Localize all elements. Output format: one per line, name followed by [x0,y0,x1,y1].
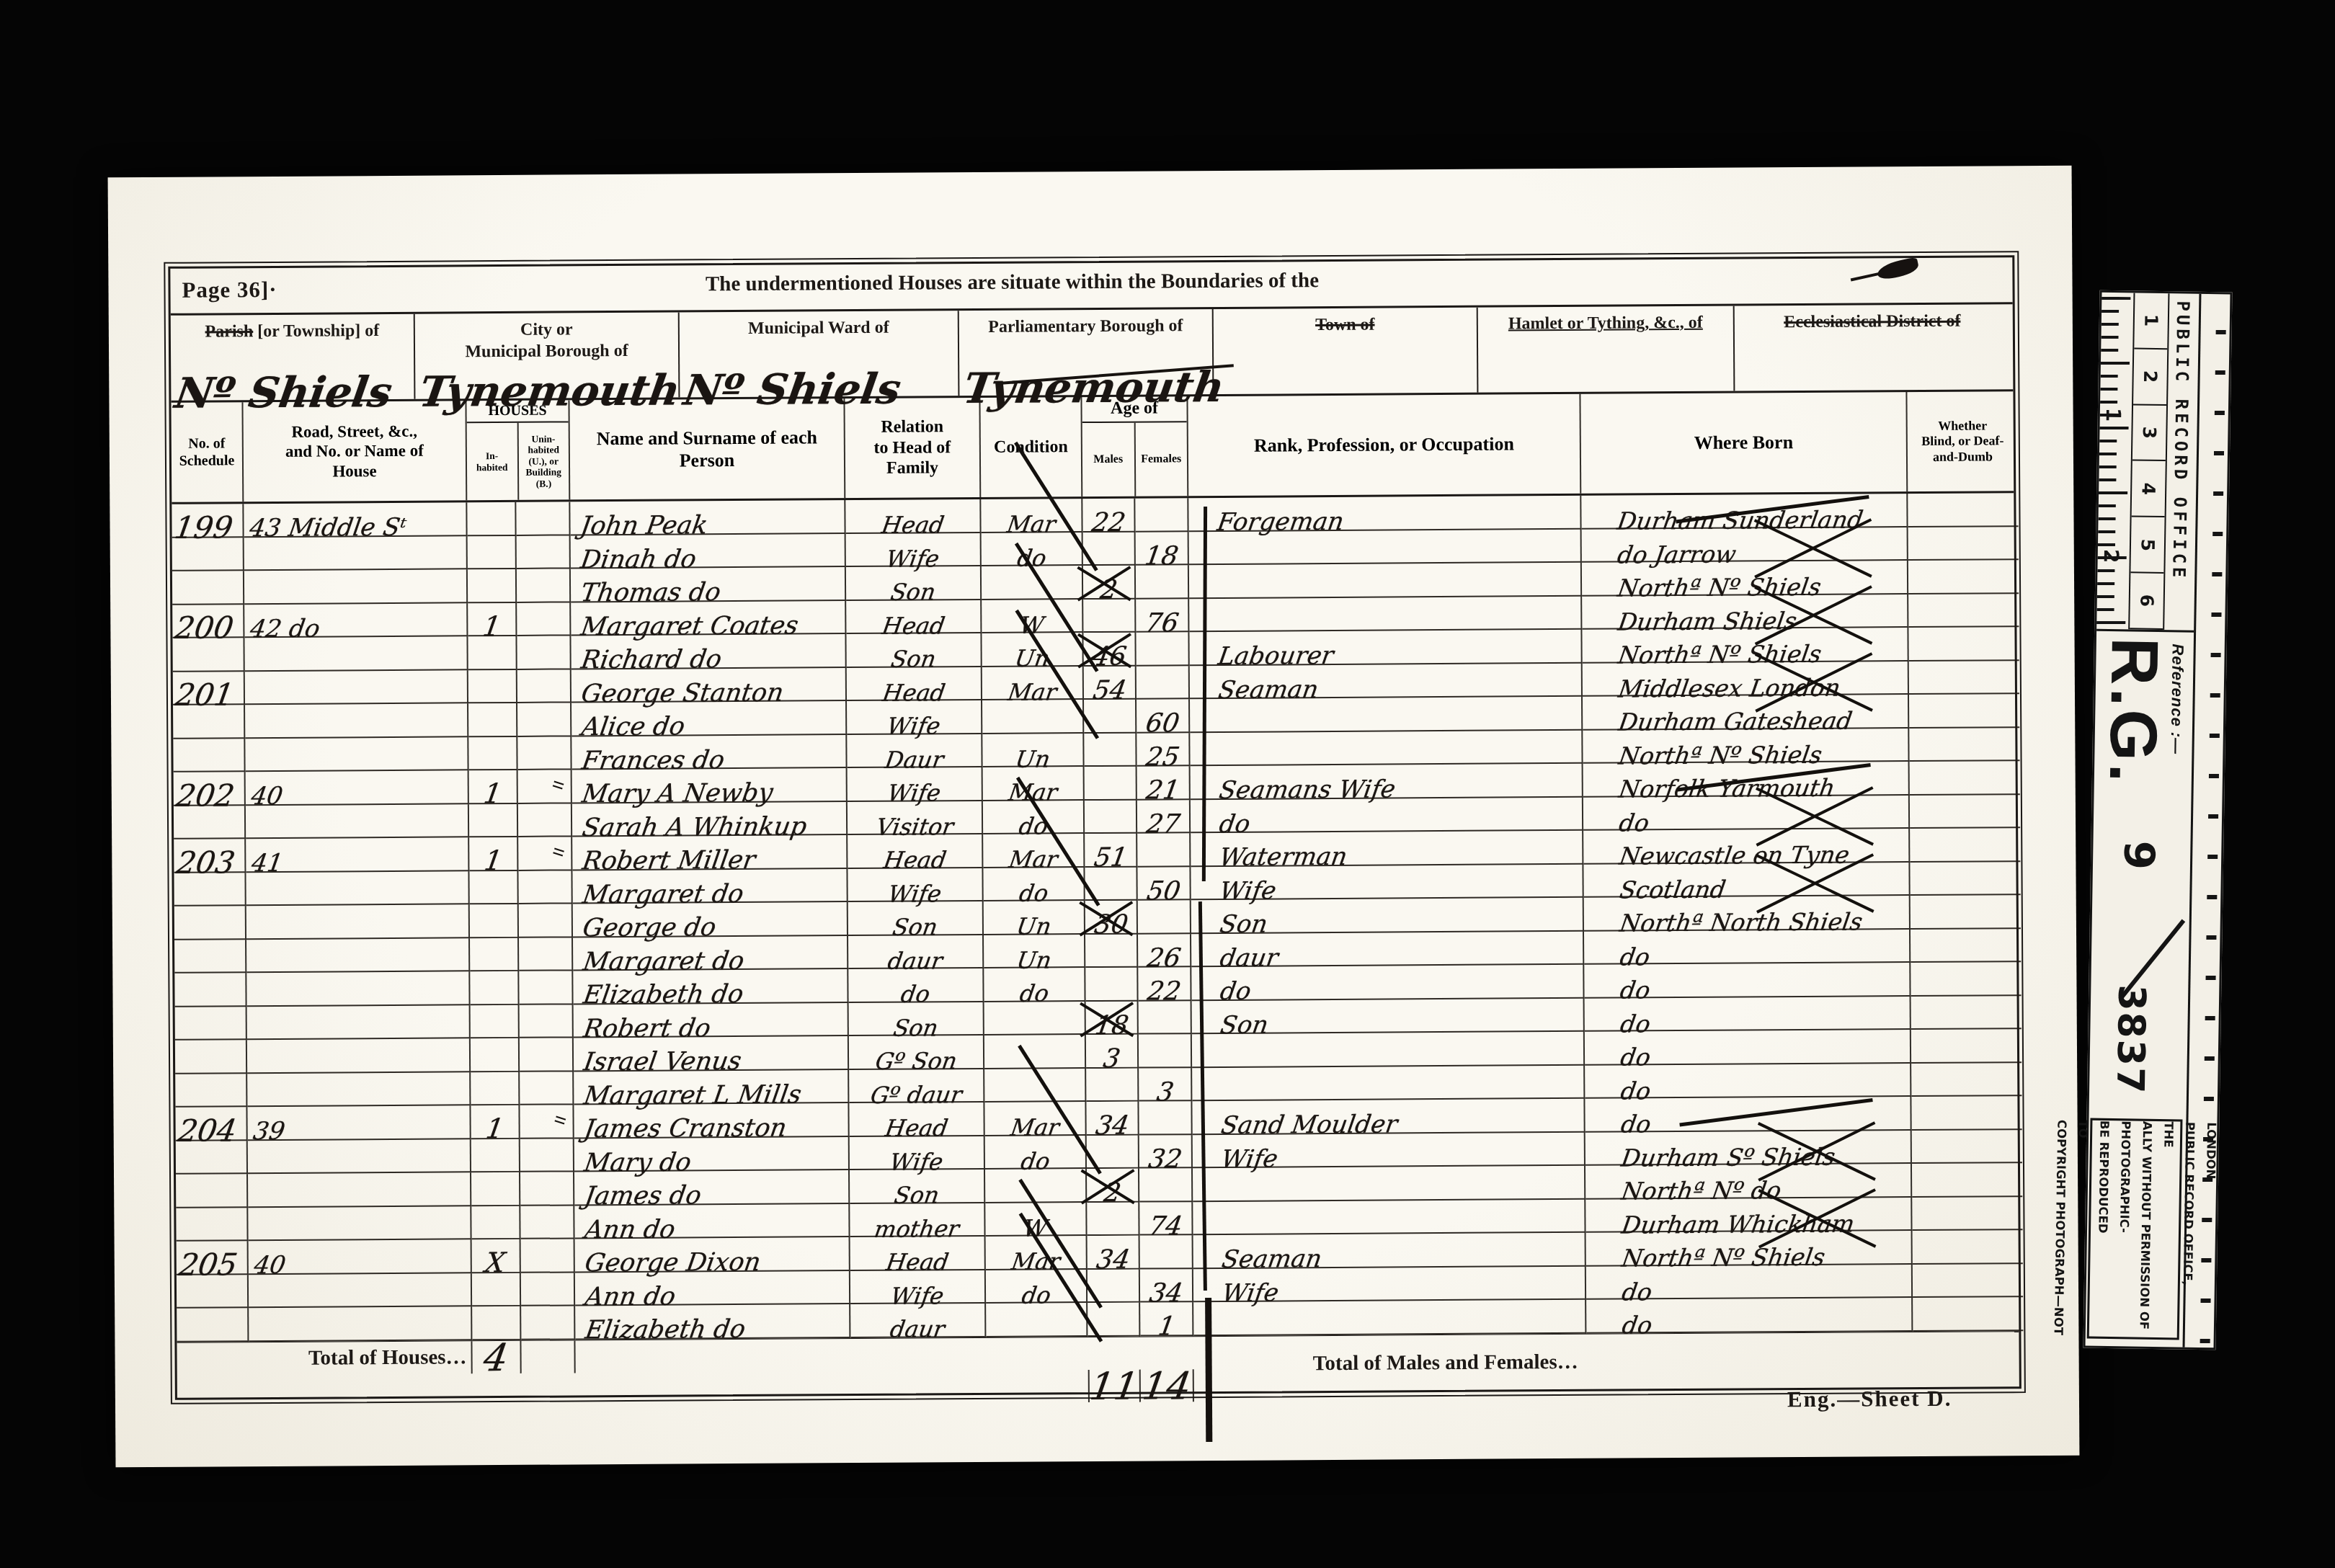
cell-born: Durham Shiels [1582,594,1908,630]
cell-uninh [517,535,571,569]
cell-am [1085,867,1137,901]
cell-born: Norfolk Yarmouth [1583,762,1910,797]
total-males-value: 11 [1088,1370,1141,1403]
ruler-scale: 1 2 123456 PUBLIC RECORD OFFICE [2096,293,2199,633]
cell-cond: do [985,1136,1087,1170]
totals-spacer [521,1340,575,1373]
cell-inh: 1 [469,770,518,804]
cell-af [1136,632,1189,666]
cell-born: Northª Nº Shiels [1582,561,1908,596]
cell-name: Elizabeth do [573,969,848,1004]
cell-am [1085,767,1137,801]
cell-am: 51 [1085,834,1137,868]
cell-born: Northª North Shiels [1584,896,1911,931]
cell-road [245,670,468,705]
col-header-females: Females [1135,422,1187,496]
totals-spacer [575,1339,850,1373]
col-header-blind-deaf: Whether Blind, or Deaf- and-Dumb [1907,391,2018,491]
cell-blind [1909,694,2019,728]
cell-born: Durham Sunderland [1581,494,1908,529]
cell-inh [469,870,518,904]
ruler-box-4: 4 [2132,461,2166,518]
cell-schedule [174,973,246,1007]
cell-occ: Forgeman [1188,496,1581,532]
cell-am [1084,733,1137,767]
cell-inh [468,636,517,670]
cell-occ: Waterman [1191,831,1583,867]
cell-blind [1908,527,2019,561]
cell-occ: do [1191,797,1583,833]
cell-cond: Mar [986,1236,1088,1270]
cell-cond: Mar [982,667,1084,700]
cell-af: 32 [1139,1135,1193,1169]
cell-af [1139,1101,1192,1135]
cell-schedule: 204 [175,1107,247,1141]
cell-inh [468,736,517,770]
cell-am [1088,1303,1140,1337]
series-code: R.G. [2094,637,2172,786]
cell-road: 41 [246,837,469,872]
cell-uninh [518,870,572,904]
cell-blind [1910,795,2020,829]
cell-born: Northª Nº Shiels [1582,628,1908,663]
cell-blind [1911,996,2022,1030]
cell-occ: do [1191,965,1584,1001]
cell-born: do [1583,796,1910,831]
cell-inh [471,1139,520,1172]
cell-name: Mary do [574,1137,850,1172]
cell-schedule [172,571,244,605]
cell-uninh [516,502,570,535]
ruler-box-2: 2 [2133,349,2167,406]
cell-af [1137,833,1191,867]
cell-cond: do [983,801,1085,834]
cell-inh: X [472,1239,521,1273]
cell-occ [1193,1166,1585,1202]
cell-blind [1913,1264,2023,1298]
cell-blind [1910,862,2020,896]
district-label: Hamlet or Tything, &c., of [1508,313,1703,334]
cell-am [1083,532,1136,566]
cell-blind [1912,1163,2022,1197]
cell-am [1084,700,1137,734]
cell-inh [471,1038,520,1072]
cell-name: Richard do [571,634,846,669]
district-label: Parliamentary Borough of [988,316,1183,337]
cell-af: 1 [1140,1302,1193,1336]
cell-am [1086,1068,1139,1102]
cell-inh [471,1004,520,1038]
district-box-6: Ecclesiastical District of [1735,304,2011,391]
cell-schedule [173,739,245,772]
cell-inh [471,1072,520,1105]
cell-name: Ann do [574,1204,850,1239]
col-header-occupation: Rank, Profession, or Occupation [1188,394,1581,496]
cell-blind [1911,962,2021,996]
cell-born: do [1585,997,1911,1032]
cell-schedule [177,1275,249,1309]
cell-road [248,1172,471,1207]
col-header-uninhabited: Unin- habited (U.), or Building (B.) [518,422,569,499]
cell-am [1087,1202,1139,1236]
cell-am [1087,1135,1139,1169]
piece-number: 9 [2114,840,2164,870]
cell-inh [472,1273,521,1306]
cell-af [1138,900,1191,934]
cell-cond [986,1303,1088,1337]
cell-road: 43 Middle Sᵗ [244,502,467,537]
cell-rel: Head [845,499,981,534]
cell-occ [1190,730,1583,766]
cell-rel: Daur [847,734,982,768]
cell-blind [1909,661,2019,695]
cell-road [246,804,469,839]
cell-schedule: 203 [174,839,246,873]
cell-schedule: 199 [172,504,244,538]
totals-spacer [1194,1367,1587,1402]
cell-rel: Wife [848,767,983,802]
cell-uninh [517,569,571,602]
col-header-males: Males [1082,422,1136,496]
cell-rel: Wife [847,700,982,735]
cell-inh [469,803,518,837]
cell-schedule [174,940,246,974]
cell-cond [982,566,1083,600]
cell-cond: Un [984,901,1085,935]
ruler-box-1: 1 [2134,293,2168,349]
cell-af: 50 [1137,867,1191,901]
cell-uninh [517,736,571,770]
series-block: R.G. Reference :— [2094,631,2194,806]
cell-road [248,1206,471,1241]
cell-schedule [174,873,246,906]
cell-cond: do [983,868,1085,901]
cell-blind [1911,1029,2022,1063]
cell-uninh [517,602,571,636]
cell-name: Margaret L Mills [574,1070,849,1105]
cell-schedule [172,538,244,571]
cell-uninh [520,1206,574,1239]
cell-road [244,536,468,571]
district-box-0: Parish [or Township] ofNº Shiels [171,314,416,401]
cell-name: Mary A Newby= [572,768,848,803]
cell-born: do [1584,930,1911,965]
cell-born: Northª Nº Shiels [1586,1231,1913,1266]
ruler-inch-1: 1 [2101,408,2125,422]
cell-blind [1913,1297,2023,1331]
cell-inh [472,1306,521,1340]
reference-card-body: 1 2 123456 PUBLIC RECORD OFFICE R.G. Ref… [2086,293,2202,1347]
cell-name: Elizabeth do [575,1304,850,1340]
total-houses-value: 4 [472,1340,521,1373]
cell-cond [984,1035,1086,1069]
cell-uninh [521,1306,575,1340]
cell-inh [468,703,517,737]
cell-af [1140,1235,1193,1269]
cell-rel: Head [847,667,982,701]
cell-am: 54 [1084,666,1137,700]
cell-af: 26 [1138,934,1191,968]
ruler-inch-2: 2 [2099,549,2123,563]
cell-af: 21 [1137,766,1191,800]
cell-schedule [172,638,244,672]
col-header-where-born: Where Born [1580,392,1908,494]
cell-name: Ann do [575,1271,850,1306]
cell-name: Robert do [574,1003,849,1038]
cell-cond: W [985,1203,1087,1237]
totals-spacer [986,1337,1088,1371]
cell-am: 22 [1082,499,1135,533]
cell-name: Thomas do [571,567,846,602]
census-form: Page 36]· The undermentioned Houses are … [168,255,2022,1400]
cell-inh [468,569,517,603]
cell-road: 40 [246,770,469,805]
cell-road [249,1273,472,1308]
public-record-office-label: PUBLIC RECORD OFFICE [2169,300,2193,581]
cell-cond: W [982,600,1083,633]
cell-occ [1193,1300,1586,1336]
cell-af: 3 [1139,1068,1192,1102]
ruler-number-boxes: 123456 [2128,293,2169,630]
cell-road [244,636,468,671]
cell-occ [1193,1199,1585,1235]
cell-inh [468,535,517,569]
cell-rel: Head [846,600,982,634]
totals-row: Total of Houses… 4 11 14 Total of Males … [177,1331,2019,1404]
cell-inh [468,669,517,703]
cell-uninh [521,1273,575,1306]
cell-occ [1190,697,1583,733]
cell-af [1137,666,1190,700]
cell-road [249,1306,472,1341]
cell-am [1088,1269,1140,1303]
cell-uninh [517,636,571,669]
district-label: City or Municipal Borough of [465,320,628,361]
cell-cond: do [986,1270,1088,1304]
district-handwritten-value: Tynemouth [417,370,682,411]
cell-name: James do [574,1170,850,1206]
cell-blind [1913,1230,2023,1264]
cell-cond: Mar [983,834,1085,868]
district-header-row: Parish [or Township] ofNº ShielsCity or … [171,304,2014,403]
cell-schedule [177,1308,249,1342]
cell-uninh [518,803,572,837]
cell-road [245,703,468,738]
cell-schedule [176,1174,248,1208]
cell-af [1139,1034,1192,1068]
district-handwritten-value: Nº Shiels [681,370,903,411]
cell-inh [470,937,519,971]
cell-born: do [1585,1030,1911,1065]
cell-uninh [519,937,573,971]
cell-rel: mother [850,1203,985,1237]
cell-cond: Un [982,734,1084,767]
col-header-inhabited: In- habited [467,423,519,500]
cell-born: do Jarrow [1582,527,1908,563]
cell-rel: Gº Son [849,1035,984,1070]
cell-rel: Son [849,1002,984,1036]
item-number: 3837 [2108,984,2153,1095]
sheet-series-note: Eng.—Sheet D. [1787,1386,1952,1412]
cell-schedule: 201 [173,672,245,705]
cell-born: do [1585,1064,1911,1099]
cell-rel: Wife [850,1136,985,1170]
cell-rel: Wife [848,868,983,902]
cell-af: 22 [1138,967,1191,1001]
cell-blind [1909,728,2019,762]
reference-label: Reference :— [2166,643,2187,754]
cell-born: Middlesex London [1583,661,1909,697]
cell-born: Durham Sº Shiels [1585,1131,1912,1166]
cell-born: Newcastle on Tyne [1583,829,1910,864]
pro-reference-card: 1 2 123456 PUBLIC RECORD OFFICE R.G. Ref… [2083,290,2232,1350]
cell-cond: Mar [984,1102,1086,1136]
cell-cond [985,1169,1087,1203]
district-handwritten-value: Nº Shiels [172,373,394,414]
cell-uninh [520,1072,574,1105]
cell-inh: 1 [468,602,517,636]
cell-blind [1911,895,2021,929]
ruler-box-5: 5 [2130,517,2164,574]
cell-occ: daur [1191,931,1584,967]
cell-blind [1910,828,2020,862]
ruler-box-6: 6 [2130,574,2163,631]
scanned-census-photograph: Page 36]· The undermentioned Houses are … [0,0,2335,1568]
cell-uninh [517,669,571,703]
cell-uninh [521,1239,575,1273]
ink-cross-mark [1679,1098,1872,1127]
cell-name: Margaret do [572,869,848,904]
cell-am: 18 [1086,1001,1139,1035]
cell-rel: Son [846,566,982,601]
cell-born: Northª Nº do [1585,1164,1912,1199]
cell-name: Dinah do [571,534,846,569]
cell-road [246,904,470,939]
cell-inh: 1 [471,1105,520,1139]
cell-born: do [1584,963,1911,998]
ruler-box-3: 3 [2132,405,2166,462]
cell-af: 34 [1140,1269,1193,1303]
cell-uninh [519,971,573,1004]
district-label: Parish [or Township] of [205,321,379,341]
district-handwritten-value: Tynemouth [961,367,1227,409]
cell-occ: Son [1191,898,1584,934]
cell-name: Margaret Coates [571,601,846,636]
census-rows: 19943 Middle SᵗJohn PeakHeadMar22Forgema… [172,493,2019,1342]
cell-af [1139,1001,1192,1035]
cell-born: Northª Nº Shiels [1583,729,1909,764]
cell-born: do [1586,1265,1913,1300]
cell-born: do [1585,1097,1911,1132]
cell-cond: do [982,533,1083,566]
cell-blind [1908,493,2018,527]
cell-born: Durham Whickham [1585,1198,1912,1233]
district-box-4: Town of [1214,308,1479,394]
cell-road [246,938,470,973]
cell-name: Robert Miller= [572,835,848,870]
cell-blind [1908,594,2019,628]
cell-af [1135,498,1188,532]
cell-road: 39 [247,1105,471,1140]
cell-cond [984,1069,1086,1102]
cell-rel: do [848,968,984,1003]
cell-rel: Visitor [848,801,983,835]
cell-occ: Seaman [1190,663,1583,699]
totals-spacer [850,1337,986,1371]
cell-cond: do [984,968,1085,1002]
cell-occ: Wife [1193,1266,1586,1302]
cell-name: Frances do [571,735,847,770]
cell-rel: Son [846,633,982,668]
cell-occ [1192,1065,1585,1101]
district-label: Municipal Ward of [748,318,889,338]
cell-name: George Dixon [575,1237,850,1273]
cell-am [1085,934,1138,968]
district-box-1: City or Municipal Borough ofTynemouth [415,312,680,398]
cell-road [246,971,470,1006]
cell-rel: Head [850,1237,986,1271]
cell-blind [1911,1096,2022,1130]
cell-blind [1912,1197,2022,1231]
cell-schedule [173,705,245,739]
cell-schedule [176,1208,248,1242]
cell-blind [1911,1063,2022,1097]
cell-road [248,1139,471,1174]
cell-am: 2 [1087,1169,1139,1203]
cell-occ [1189,596,1582,632]
district-box-5: Hamlet or Tything, &c., of [1478,306,1735,393]
form-heading: The undermentioned Houses are situate wi… [170,266,1854,300]
cell-am: 34 [1088,1236,1140,1270]
cell-road [244,569,468,604]
cell-name: Sarah A Whinkup [572,802,848,837]
cell-rel: daur [850,1304,986,1338]
cell-name: George Stanton [571,668,847,703]
district-label: Town of [1315,316,1375,335]
cell-schedule [176,1141,248,1175]
cell-cond: Mar [983,767,1085,801]
totals-spacer [177,1342,249,1376]
cell-rel: Wife [850,1270,986,1304]
cell-rel: daur [848,935,984,969]
cell-rel: Gº daur [849,1069,984,1103]
cell-rel: Wife [846,533,982,567]
cell-rel: Head [848,834,983,869]
cell-occ: Son [1192,998,1585,1034]
cell-occ: Wife [1193,1132,1585,1168]
cell-name: John Peak [570,500,845,535]
cell-inh [467,502,516,536]
cell-occ: Seamans Wife [1191,764,1583,800]
cell-blind [1911,929,2021,963]
cell-am: 46 [1083,633,1136,667]
cell-cond: Mar [981,499,1082,533]
cell-uninh [520,1038,574,1072]
cell-schedule: 200 [172,605,244,638]
cell-schedule [175,1074,247,1108]
cell-blind [1908,560,2019,594]
cell-am: 30 [1085,901,1138,935]
cell-cond [984,1002,1086,1035]
cell-cond [982,700,1084,734]
cell-born: do [1586,1298,1913,1333]
cell-name: Margaret do [573,936,848,971]
cell-occ [1189,563,1582,599]
cell-cond: Un [984,935,1085,968]
ink-smudge-mark [1876,257,1920,281]
cell-inh [471,1206,520,1239]
cell-blind [1910,761,2020,795]
